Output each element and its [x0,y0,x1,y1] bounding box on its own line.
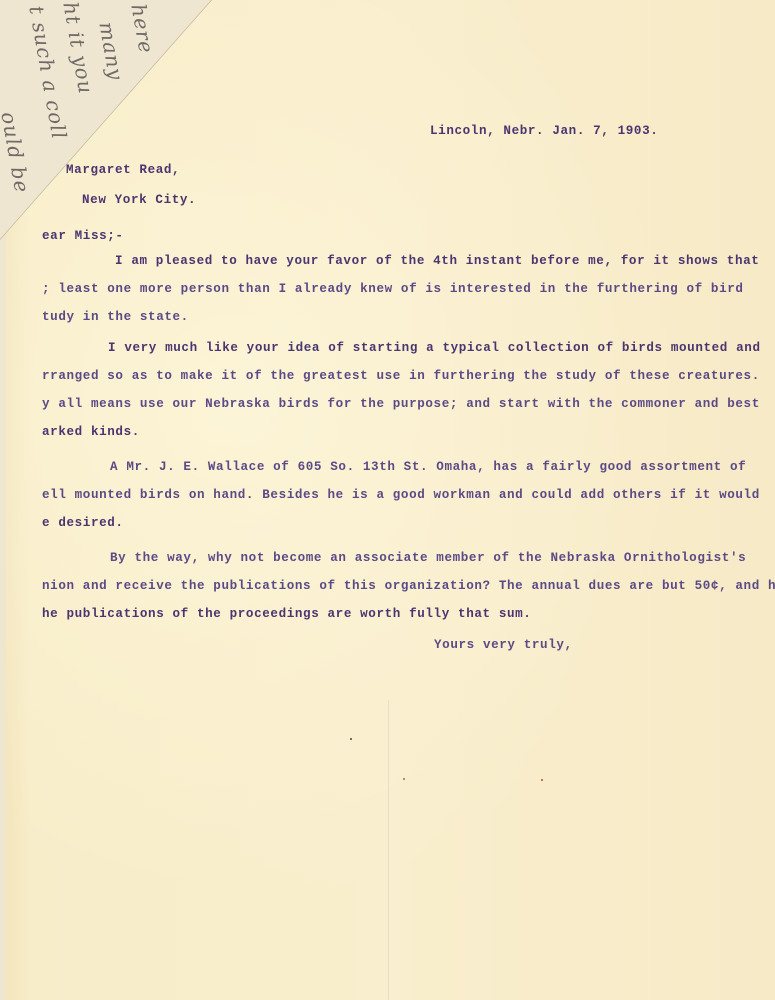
paragraph-1-line-1: I am pleased to have your favor of the 4… [115,254,759,268]
handwriting-fragment: ht it you [58,0,98,96]
paragraph-4-line-1: By the way, why not become an associate … [110,551,746,565]
paper-fold-crease [388,700,389,1000]
recipient-city: New York City. [82,193,196,207]
paragraph-2-line-4: arked kinds. [42,425,140,439]
paragraph-2-line-1: I very much like your idea of starting a… [108,341,761,355]
salutation: ear Miss;- [42,229,124,243]
paragraph-2-line-3: y all means use our Nebraska birds for t… [42,397,760,411]
closing: Yours very truly, [434,638,573,652]
paragraph-3-line-3: e desired. [42,516,124,530]
paragraph-3-line-2: ell mounted birds on hand. Besides he is… [42,488,760,502]
dateline: Lincoln, Nebr. Jan. 7, 1903. [430,124,658,138]
paragraph-4-line-3: he publications of the proceedings are w… [42,607,531,621]
paragraph-3-line-1: A Mr. J. E. Wallace of 605 So. 13th St. … [110,460,746,474]
paragraph-4-line-2: nion and receive the publications of thi… [42,579,775,593]
paper-speck [350,738,352,740]
handwriting-fragment: here [126,2,158,56]
paper-speck [541,779,543,781]
paragraph-2-line-2: rranged so as to make it of the greatest… [42,369,760,383]
paper-speck [403,778,405,780]
paragraph-1-line-2: ; least one more person than I already k… [42,282,744,296]
handwriting-fragment: many [94,20,128,82]
letter-page: here many ht it you t such a coll ould b… [0,0,775,1000]
recipient-name: Margaret Read, [66,163,180,177]
handwriting-fragment: ould be [0,110,34,195]
paragraph-1-line-3: tudy in the state. [42,310,189,324]
